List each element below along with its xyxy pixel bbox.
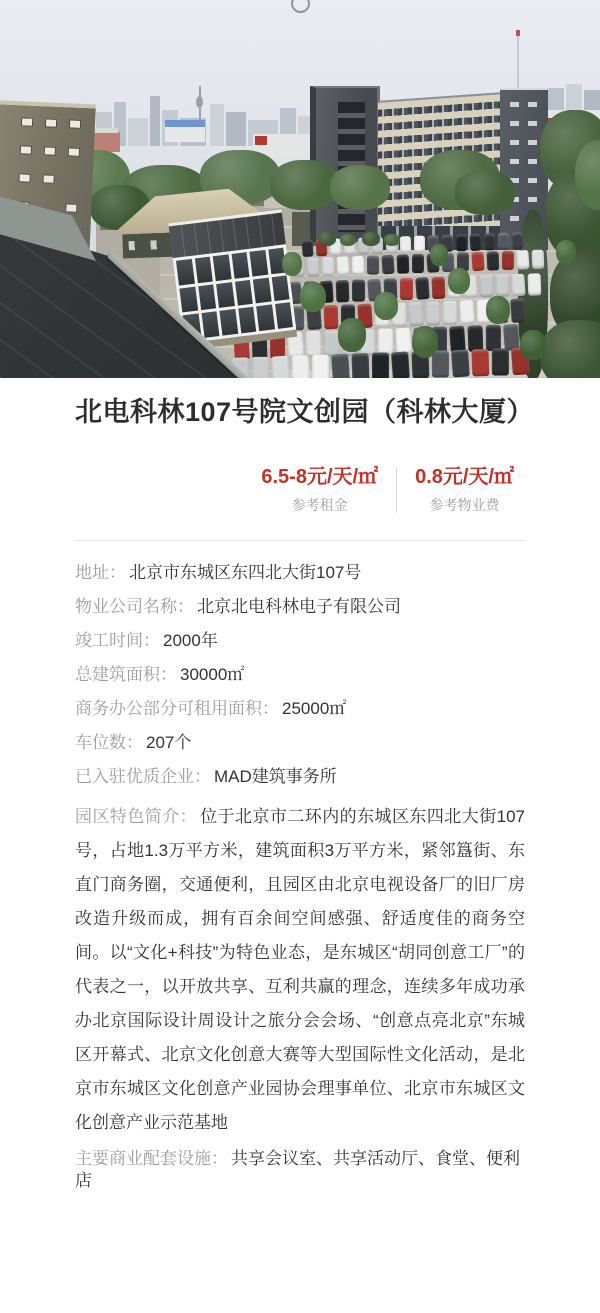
glass-panel-shape <box>249 250 267 276</box>
rent-price-label: 参考租金 <box>261 496 378 514</box>
skyline-building-shape <box>150 96 160 146</box>
property-fee-value: 0.8元/天/㎡ <box>415 465 514 489</box>
car-shape <box>471 252 484 272</box>
glass-panel-shape <box>194 257 212 283</box>
glass-panel-shape <box>256 305 274 331</box>
detail-label: 园区特色简介： <box>75 807 197 826</box>
skyline-building-shape <box>226 112 246 146</box>
car-shape <box>336 256 349 276</box>
detail-label: 竣工时间： <box>75 631 160 650</box>
car-shape <box>471 349 489 377</box>
tree-shape <box>384 234 400 246</box>
detail-value: 207个 <box>146 733 191 752</box>
detail-row-property-company: 物业公司名称：北京北电科林电子有限公司 <box>75 596 525 618</box>
aerial-photo <box>0 0 600 378</box>
car-shape <box>412 254 424 273</box>
glass-panel-shape <box>219 309 237 335</box>
car-shape <box>484 233 496 250</box>
car-shape <box>391 351 410 378</box>
car-shape <box>510 298 526 323</box>
detail-value: MAD建筑事务所 <box>214 767 337 786</box>
detail-value: 位于北京市二环内的东城区东四北大街107号，占地1.3万平方米，建筑面积3万平方… <box>75 807 525 1132</box>
glass-panel-shape <box>234 280 252 306</box>
page-title: 北电科林107号院文创园（科林大厦） <box>75 392 525 432</box>
tree-shape <box>300 282 326 312</box>
car-shape <box>443 301 457 325</box>
detail-row-completion-year: 竣工时间：2000年 <box>75 630 525 652</box>
glass-panel-shape <box>271 275 289 301</box>
tree-shape <box>412 326 438 358</box>
tree-shape <box>362 232 380 246</box>
rent-price-value: 6.5-8元/天/㎡ <box>261 465 378 489</box>
car-shape <box>372 353 389 378</box>
house-shape <box>165 120 205 127</box>
car-shape <box>496 275 509 297</box>
skyline-building-shape <box>546 88 564 110</box>
car-shape <box>516 250 529 270</box>
rent-price-block: 6.5-8元/天/㎡ 参考租金 <box>259 465 380 514</box>
detail-label: 主要商业配套设施： <box>75 1149 228 1168</box>
tree-shape <box>448 268 470 294</box>
glass-panel-shape <box>231 252 249 278</box>
tree-shape <box>340 234 356 246</box>
glass-panel-shape <box>275 303 293 329</box>
window-shape <box>21 117 33 127</box>
detail-label: 总建筑面积： <box>75 665 177 684</box>
skyline-building-shape <box>584 90 600 110</box>
car-shape <box>498 233 509 250</box>
car-shape <box>532 250 545 269</box>
detail-row-park-intro: 园区特色简介：位于北京市二环内的东城区东四北大街107号，占地1.3万平方米，建… <box>75 800 525 1140</box>
car-shape <box>301 239 313 257</box>
detail-label: 商务办公部分可租用面积： <box>75 699 279 718</box>
tree-shape <box>520 330 546 360</box>
car-shape <box>292 355 310 378</box>
car-shape <box>469 233 481 251</box>
window-shape <box>65 203 77 213</box>
skyline-building-shape <box>128 118 148 146</box>
tree-shape <box>455 170 515 215</box>
price-divider <box>396 467 397 513</box>
tree-shape <box>318 232 336 246</box>
car-shape <box>400 278 413 300</box>
glass-panel-shape <box>179 286 197 312</box>
detail-row-address: 地址：北京市东城区东四北大街107号 <box>75 562 525 584</box>
glass-panel-shape <box>213 254 231 280</box>
car-shape <box>307 257 320 276</box>
car-shape <box>451 349 470 377</box>
tree-shape <box>330 165 390 210</box>
detail-row-facilities: 主要商业配套设施：共享会议室、共享活动厅、食堂、便利店 <box>75 1148 525 1192</box>
car-shape <box>456 234 467 251</box>
car-shape <box>408 302 424 327</box>
loading-spinner-icon <box>291 0 310 13</box>
window-shape <box>68 147 80 157</box>
car-shape <box>486 325 501 351</box>
car-shape <box>432 351 449 378</box>
skyline-building-shape <box>566 84 582 110</box>
tree-shape <box>338 318 366 352</box>
car-shape <box>322 257 334 276</box>
detail-label: 地址： <box>75 563 126 582</box>
car-shape <box>415 277 430 300</box>
car-shape <box>381 255 394 275</box>
antenna-mast-shape <box>516 30 520 36</box>
car-shape <box>492 348 509 375</box>
glass-panel-shape <box>253 277 271 303</box>
detail-value: 2000年 <box>163 631 218 650</box>
detail-label: 车位数： <box>75 733 143 752</box>
detail-row-rentable-area: 商务办公部分可租用面积：25000㎡ <box>75 698 525 720</box>
car-shape <box>252 357 269 378</box>
end-wall-windows-shape <box>510 102 519 228</box>
car-shape <box>480 275 494 297</box>
car-shape <box>331 353 350 378</box>
property-fee-block: 0.8元/天/㎡ 参考物业费 <box>413 465 516 514</box>
car-shape <box>511 274 526 297</box>
tree-shape <box>282 252 302 276</box>
property-fee-label: 参考物业费 <box>415 496 514 514</box>
car-shape <box>324 331 339 357</box>
tv-tower-shape <box>196 96 203 108</box>
car-shape <box>312 355 329 378</box>
detail-row-parking-count: 车位数：207个 <box>75 732 525 754</box>
car-shape <box>397 254 410 273</box>
house-shape <box>165 127 205 142</box>
car-shape <box>378 329 393 355</box>
detail-label: 物业公司名称： <box>75 597 194 616</box>
car-shape <box>503 324 520 351</box>
car-shape <box>459 300 475 325</box>
car-shape <box>426 301 441 325</box>
tree-shape <box>556 240 576 264</box>
car-shape <box>395 328 412 355</box>
window-shape <box>18 173 30 183</box>
antenna-mast-shape <box>517 32 519 90</box>
car-shape <box>487 251 500 270</box>
car-shape <box>324 305 339 329</box>
car-shape <box>352 256 365 275</box>
detail-row-total-area: 总建筑面积：30000㎡ <box>75 664 525 686</box>
window-shape <box>45 118 57 128</box>
car-shape <box>511 232 523 250</box>
car-shape <box>271 356 290 378</box>
car-shape <box>352 353 370 378</box>
car-shape <box>336 280 350 302</box>
tree-shape <box>430 244 448 266</box>
details-section: 地址：北京市东城区东四北大街107号 物业公司名称：北京北电科林电子有限公司 竣… <box>75 562 525 1192</box>
car-shape <box>432 277 446 299</box>
car-shape <box>502 251 514 270</box>
glass-panel-shape <box>198 284 216 310</box>
car-shape <box>414 236 425 253</box>
section-divider <box>75 540 525 541</box>
detail-value: 北京北电科林电子有限公司 <box>197 597 401 616</box>
detail-value: 25000㎡ <box>282 699 346 718</box>
tree-shape <box>486 296 510 324</box>
skyline-building-shape <box>210 104 224 146</box>
car-shape <box>306 331 322 358</box>
house-shape <box>255 136 267 145</box>
glass-panel-shape <box>216 282 234 308</box>
glass-panel-shape <box>176 259 194 285</box>
pricing-section: 6.5-8元/天/㎡ 参考租金 0.8元/天/㎡ 参考物业费 <box>0 465 600 514</box>
detail-value: 30000㎡ <box>180 665 244 684</box>
detail-value: 北京市东城区东四北大街107号 <box>129 563 361 582</box>
window-shape <box>44 146 56 156</box>
tree-shape <box>374 292 398 320</box>
car-shape <box>367 256 379 275</box>
car-shape <box>467 325 483 352</box>
car-shape <box>400 236 412 253</box>
detail-label: 已入驻优质企业： <box>75 767 211 786</box>
car-shape <box>352 280 365 302</box>
window-shape <box>20 145 32 155</box>
window-shape <box>69 119 81 129</box>
car-shape <box>528 273 542 295</box>
glass-panel-shape <box>238 307 256 333</box>
detail-row-tenants: 已入驻优质企业：MAD建筑事务所 <box>75 766 525 788</box>
window-shape <box>42 174 54 184</box>
glass-panel-shape <box>201 312 219 338</box>
